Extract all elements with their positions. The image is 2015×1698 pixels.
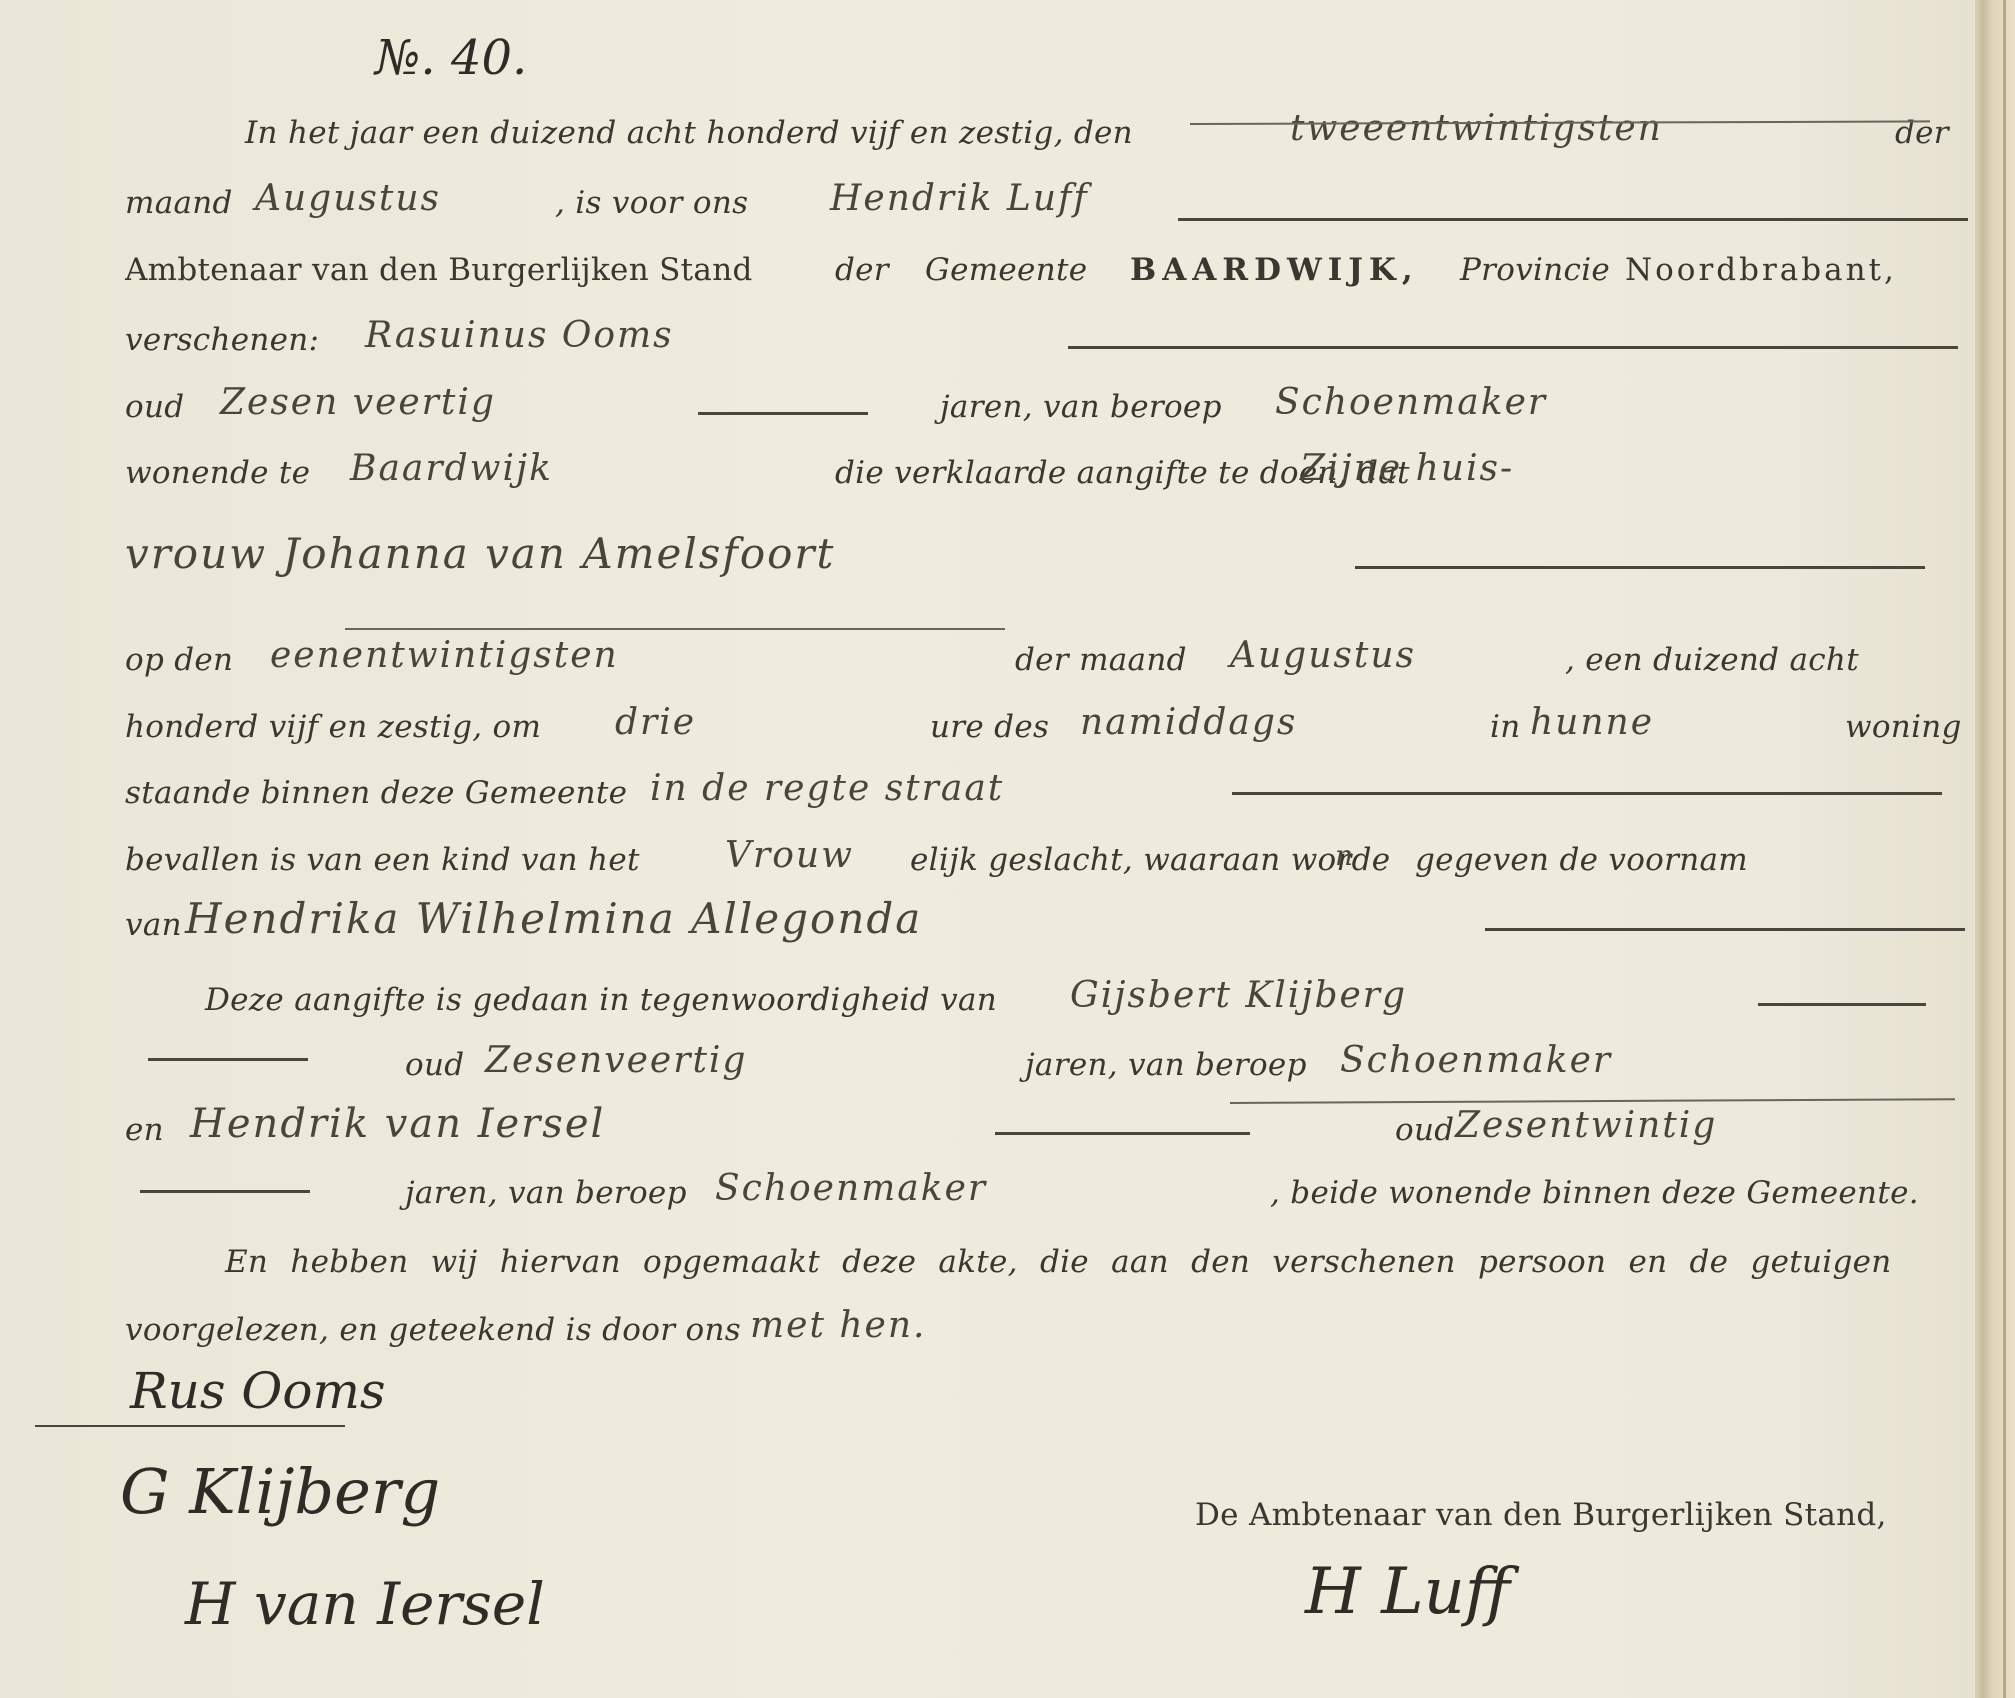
printed-text: gegeven de voornam: [1415, 835, 1748, 885]
printed-text: honderd vijf en zestig, om: [125, 702, 541, 752]
handwritten-witness-1-age: Zesenveertig: [485, 1036, 747, 1086]
handwritten-birth-day: eenentwintigsten: [270, 631, 619, 681]
printed-text: van: [125, 900, 182, 950]
number-label: №.: [375, 30, 436, 86]
handwritten-declarant: Rasuinus Ooms: [365, 311, 674, 361]
province-name: Noordbrabant,: [1625, 245, 1897, 295]
printed-text: Ambtenaar van den Burgerlijken Stand: [125, 245, 753, 295]
printed-text: jaren, van beroep: [405, 1168, 687, 1218]
printed-text: oud: [405, 1040, 464, 1090]
signature-official: H Luff: [1305, 1555, 1510, 1629]
handwritten-day: tweeentwintigsten: [1290, 104, 1663, 154]
printed-text: , is voor ons: [555, 178, 748, 228]
printed-text: jaren, van beroep: [1025, 1040, 1307, 1090]
signature-witness-1: G Klijberg: [120, 1455, 440, 1528]
printed-text: oud: [125, 382, 184, 432]
line-7: vrouw Johanna van Amelsfoort: [125, 535, 1945, 585]
handwritten-witness-1: Gijsbert Klijberg: [1070, 971, 1407, 1021]
certificate-page: №. 40. In het jaar een duizend acht hond…: [0, 0, 1975, 1698]
printed-text: , beide wonende binnen deze Gemeente.: [1270, 1168, 1919, 1218]
handwritten-mother-name: vrouw Johanna van Amelsfoort: [125, 529, 835, 579]
printed-text: ure des: [930, 702, 1049, 752]
printed-text: der: [835, 245, 889, 295]
handwritten-hour: drie: [615, 698, 696, 748]
spine-edge: [2003, 0, 2006, 1698]
printed-text: jaren, van beroep: [940, 382, 1222, 432]
printed-text: staande binnen deze Gemeente: [125, 768, 627, 818]
line-3: Ambtenaar van den Burgerlijken Stand der…: [125, 245, 1945, 295]
fill-rule: [148, 1058, 308, 1061]
printed-text: verschenen:: [125, 315, 319, 365]
handwritten-month: Augustus: [255, 174, 441, 224]
line-12: van Hendrika Wilhelmina Allegonda: [125, 900, 1945, 950]
handwritten-birth-month: Augustus: [1230, 631, 1416, 681]
handwritten-time-of-day: namiddags: [1080, 698, 1297, 748]
municipality-name: BAARDWIJK,: [1130, 245, 1419, 295]
line-16: jaren, van beroep Schoenmaker , beide wo…: [125, 1168, 1945, 1218]
handwritten-witness-2: Hendrik van Iersel: [190, 1099, 605, 1149]
handwritten-text: hunne: [1530, 698, 1654, 748]
line-17: En hebben wij hiervan opgemaakt deze akt…: [125, 1237, 1945, 1287]
handwritten-address: in de regte straat: [650, 764, 1004, 814]
line-5: oud Zesen veertig jaren, van beroep Scho…: [125, 382, 1945, 432]
handwritten-child-name: Hendrika Wilhelmina Allegonda: [185, 894, 922, 944]
official-title: De Ambtenaar van den Burgerlijken Stand,: [1195, 1490, 1895, 1540]
printed-text: In het jaar een duizend acht honderd vij…: [245, 108, 1133, 158]
line-1: In het jaar een duizend acht honderd vij…: [125, 108, 1945, 158]
handwritten-official-name: Hendrik Luff: [830, 174, 1089, 224]
line-4: verschenen: Rasuinus Ooms: [125, 315, 1945, 365]
handwritten-age: Zesen veertig: [220, 378, 496, 428]
fill-rule: [1178, 218, 1968, 221]
printed-text: En hebben wij hiervan opgemaakt deze akt…: [225, 1237, 1892, 1287]
handwritten-text: Zijne huis-: [1300, 444, 1514, 494]
handwritten-text: met hen.: [750, 1301, 926, 1351]
fill-rule: [1355, 566, 1925, 569]
line-9: honderd vijf en zestig, om drie ure des …: [125, 702, 1945, 752]
printed-text: woning: [1845, 702, 1962, 752]
printed-text: Deze aangifte is gedaan in tegenwoordigh…: [205, 975, 997, 1025]
printed-text: der: [1895, 108, 1949, 158]
book-spine: [1975, 0, 2015, 1698]
handwritten-witness-1-occupation: Schoenmaker: [1340, 1036, 1612, 1086]
printed-text: wonende te: [125, 448, 310, 498]
line-11: bevallen is van een kind van het Vrouw e…: [125, 835, 1945, 885]
line-13: Deze aangifte is gedaan in tegenwoordigh…: [125, 975, 1945, 1025]
handwritten-witness-2-occupation: Schoenmaker: [715, 1164, 987, 1214]
strike-line: [345, 628, 1005, 630]
printed-text: elijk geslacht, waaraan worde: [910, 835, 1390, 885]
printed-text: in: [1490, 702, 1520, 752]
printed-text: bevallen is van een kind van het: [125, 835, 640, 885]
printed-text: op den: [125, 635, 233, 685]
line-18: voorgelezen, en geteekend is door ons me…: [125, 1305, 1945, 1355]
line-15: en Hendrik van Iersel oud Zesentwintig: [125, 1105, 1945, 1155]
fill-rule: [1758, 1003, 1926, 1006]
fill-rule: [698, 412, 868, 415]
fill-rule: [1232, 792, 1942, 795]
line-8: op den eenentwintigsten der maand August…: [125, 635, 1945, 685]
signature-underline: [35, 1425, 345, 1427]
handwritten-residence: Baardwijk: [350, 444, 553, 494]
printed-text: Provincie: [1460, 245, 1610, 295]
fill-rule: [1485, 928, 1965, 931]
printed-text: der maand: [1015, 635, 1187, 685]
signature-declarant: Rus Ooms: [130, 1362, 386, 1420]
fill-rule: [1068, 346, 1958, 349]
signature-witness-2: H van Iersel: [185, 1570, 545, 1638]
printed-text: oud: [1395, 1105, 1454, 1155]
handwritten-occupation: Schoenmaker: [1275, 378, 1547, 428]
printed-text: maand: [125, 178, 233, 228]
printed-text: , een duizend acht: [1565, 635, 1859, 685]
fill-rule: [995, 1132, 1250, 1135]
printed-text: en: [125, 1105, 164, 1155]
line-6: wonende te Baardwijk die verklaarde aang…: [125, 448, 1945, 498]
record-number: №. 40.: [375, 30, 527, 86]
printed-text: voorgelezen, en geteekend is door ons: [125, 1305, 741, 1355]
handwritten-gender: Vrouw: [725, 831, 854, 881]
line-14: oud Zesenveertig jaren, van beroep Schoe…: [125, 1040, 1945, 1090]
number-value: 40.: [451, 30, 527, 86]
handwritten-text: n: [1335, 831, 1355, 881]
fill-rule: [140, 1190, 310, 1193]
handwritten-witness-2-age: Zesentwintig: [1455, 1101, 1717, 1151]
printed-text: Gemeente: [925, 245, 1087, 295]
